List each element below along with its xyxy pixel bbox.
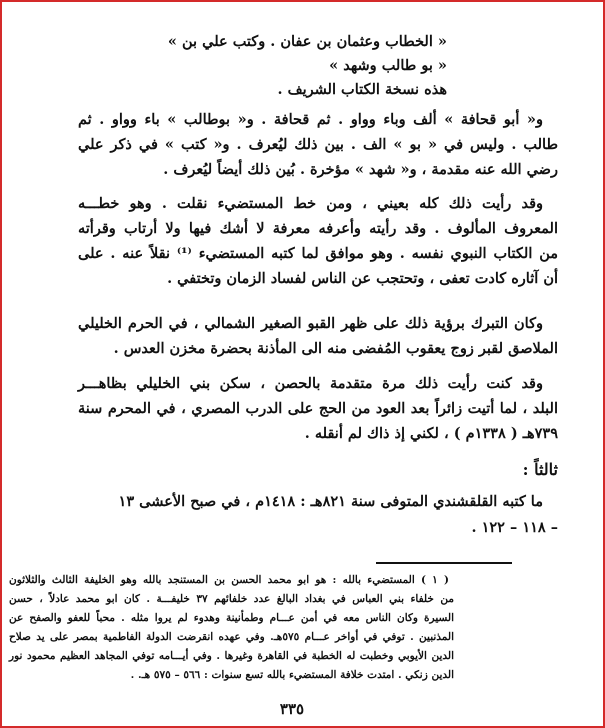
paragraph-4: وقد كنت رأيت ذلك مرة متقدمة بالحصن ، سكن… — [78, 374, 558, 454]
paragraph-line: الملاصق لقبر زوج يعقوب المُفضى منه الى ا… — [114, 339, 558, 359]
paragraph-line: و« أبو قحافة » ألف وباء وواو . ثم قحافة … — [78, 110, 558, 130]
paragraph-line: المعروف المألوف . وقد رأيته وأعرفه معرفة… — [78, 219, 558, 239]
paragraph-line: وقد رأيت ذلك كله بعيني ، ومن خط المستضيء… — [78, 194, 558, 214]
page-number: ٣٣٥ — [232, 700, 352, 718]
paragraph-1: و« أبو قحافة » ألف وباء وواو . ثم قحافة … — [78, 110, 558, 190]
quoted-line: « الخطاب وعثمان بن عفان . وكتب علي بن » — [168, 32, 447, 52]
footnote-divider — [376, 562, 512, 564]
scanned-book-page: « الخطاب وعثمان بن عفان . وكتب علي بن » … — [0, 0, 605, 728]
footnote-line: ( ١ ) المستضيء بالله : هو ابو محمد الحسن… — [9, 572, 454, 588]
footnote-line: الدين زنكي . امتدت خلافة المستضيء بالله … — [9, 667, 454, 683]
paragraph-line: طالب . وليس في « بو » الف . بين ذلك ليُع… — [78, 135, 558, 155]
paragraph-line: ٧٣٩هـ ( ١٣٣٨م ) ، لكني إذ ذاك لم أنقله . — [305, 424, 558, 444]
footnote-line: السيرة وكان الناس معه في أمن عـــام وطمأ… — [9, 610, 454, 626]
paragraph-line: ما كتبه القلقشندي المتوفى سنة ٨٢١هـ : ١٤… — [119, 492, 558, 512]
paragraph-line: أن آثاره كادت تعفى ، وتحتجب عن الناس لفس… — [167, 269, 558, 289]
section-heading: ثالثاً : — [523, 460, 558, 480]
section-paragraph: ما كتبه القلقشندي المتوفى سنة ٨٢١هـ : ١٤… — [78, 492, 558, 542]
footnote: ( ١ ) المستضيء بالله : هو ابو محمد الحسن… — [74, 572, 454, 692]
section-heading-block: ثالثاً : — [78, 460, 558, 486]
paragraph-line: رضي الله عنه مقدمة ، و« شهد » مؤخرة . بُ… — [163, 160, 558, 180]
paragraph-line: وقد كنت رأيت ذلك مرة متقدمة بالحصن ، سكن… — [78, 374, 558, 394]
paragraph-line: البلد ، لما أتيت زائراً بعد العود من الح… — [78, 399, 558, 419]
footnote-line: الدين الأيوبي وخطبت له الخطبة في القاهرة… — [9, 648, 454, 664]
paragraph-2: وقد رأيت ذلك كله بعيني ، ومن خط المستضيء… — [78, 194, 558, 294]
footnote-line: المذنبين . توفي في أواخر عـــام ٥٧٥هـ. و… — [9, 629, 454, 645]
paragraph-line: وكان التبرك برؤية ذلك على ظهر القبو الصغ… — [78, 314, 558, 334]
quoted-line: « بو طالب وشهد » — [329, 56, 447, 76]
paragraph-line: من الكتاب النبوي نفسه . وهو موافق لما كت… — [78, 244, 558, 264]
footnote-line: من خلفاء بني العباس في بغداد البالغ عدد … — [9, 591, 454, 607]
paragraph-line: – ١١٨ – ١٢٢ . — [471, 518, 558, 538]
paragraph-3: وكان التبرك برؤية ذلك على ظهر القبو الصغ… — [78, 314, 558, 364]
quoted-line: هذه نسخة الكتاب الشريف . — [277, 80, 447, 100]
